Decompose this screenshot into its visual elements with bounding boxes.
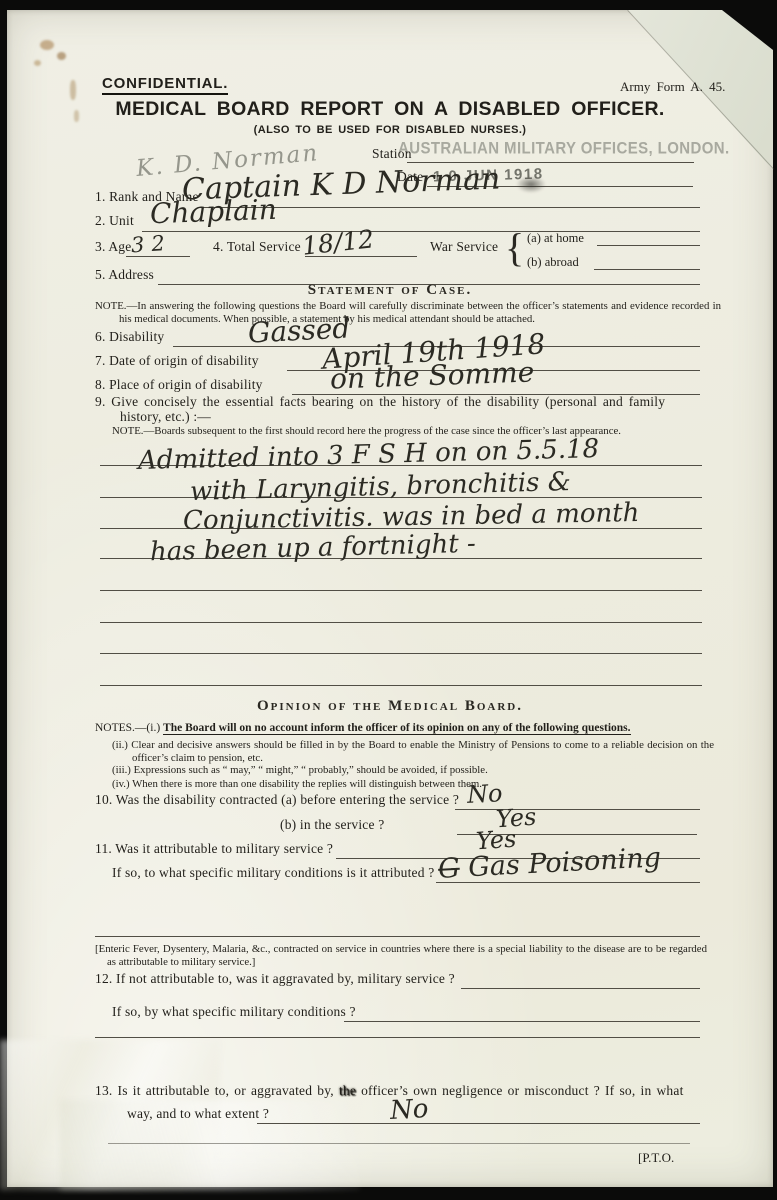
q13-smudged-word: the [339, 1083, 356, 1098]
address-label: 5. Address [95, 267, 154, 283]
age-value: 32 [130, 233, 172, 257]
war-abroad-label: (b) abroad [527, 255, 579, 270]
q10a-answer: No [466, 781, 503, 807]
q13-label-line2: way, and to what extent ? [127, 1106, 269, 1122]
age-label: 3. Age [95, 239, 131, 255]
stamp-smudge [516, 176, 546, 193]
history-entry-line3: Conjunctivitis. was in bed a month [183, 500, 640, 534]
unit-label: 2. Unit [95, 213, 134, 229]
stain-spot [57, 52, 66, 60]
history-question-line1: 9. Give concisely the essential facts be… [95, 394, 665, 410]
pto-marking: [P.T.O. [638, 1150, 674, 1166]
confidential-marking: CONFIDENTIAL. [102, 75, 228, 95]
q11-label: 11. Was it attributable to military serv… [95, 841, 333, 857]
stain-spot [34, 60, 41, 66]
q12-label: 12. If not attributable to, was it aggra… [95, 971, 455, 987]
war-at-home-fill-line [597, 245, 700, 246]
stain-spot [74, 110, 79, 122]
q12b-label: If so, by what specific military conditi… [112, 1004, 356, 1020]
place-of-origin-value: on the Somme [330, 358, 535, 393]
q12-fill-line [461, 988, 700, 989]
q13-fill-line [257, 1123, 700, 1124]
blank-rule-line [95, 1037, 700, 1038]
q10-fill-line [455, 809, 700, 810]
q10b-label: (b) in the service ? [280, 817, 384, 833]
q13-answer: No [389, 1096, 429, 1124]
q13-prefix: 13. Is it attributable to, or aggravated… [95, 1083, 339, 1098]
board-notes-iii: (iii.) Expressions such as “ may,” “ mig… [112, 764, 488, 776]
board-notes-ii: (ii.) Clear and decisive answers should … [112, 739, 714, 764]
q11b-label: If so, to what specific military conditi… [112, 865, 434, 881]
unit-value: Chaplain [150, 196, 278, 228]
opinion-heading: Opinion of the Medical Board. [90, 698, 690, 715]
board-notes-prefix: NOTES.—(i.) [95, 722, 163, 734]
faint-bottom-rule-line [108, 1143, 690, 1144]
history-question-line2: history, etc.) :— [120, 409, 211, 425]
form-subtitle: (ALSO TO BE USED FOR DISABLED NURSES.) [90, 124, 690, 136]
war-at-home-label: (a) at home [527, 231, 584, 246]
enteric-note: [Enteric Fever, Dysentery, Malaria, &c.,… [95, 943, 707, 968]
station-label: Station [372, 146, 412, 162]
date-of-origin-label: 7. Date of origin of disability [95, 353, 259, 369]
form-title: MEDICAL BOARD REPORT ON A DISABLED OFFIC… [90, 98, 690, 121]
war-service-brace: { [505, 226, 524, 270]
war-service-label: War Service [430, 239, 498, 255]
office-stamp: AUSTRALIAN MILITARY OFFICES, LONDON. [398, 139, 730, 157]
total-service-value: 18/12 [301, 226, 375, 258]
statement-note: NOTE.—In answering the following questio… [95, 300, 721, 325]
statement-of-case-heading: Statement of Case. [90, 282, 690, 299]
unit-fill-line [142, 231, 700, 232]
blank-rule-line [100, 685, 702, 686]
stain-spot [40, 40, 54, 50]
q11b-struck-letter: G [437, 853, 460, 885]
q10-label: 10. Was the disability contracted (a) be… [95, 792, 459, 808]
total-service-label: 4. Total Service [213, 239, 301, 255]
form-number: Army Form A. 45. [620, 79, 725, 95]
place-of-origin-label: 8. Place of origin of disability [95, 377, 263, 393]
q12b-fill-line [344, 1021, 700, 1022]
blank-rule-line [100, 590, 702, 591]
scanned-document-page: { "palette":{ "background":"#0b0b0a","pa… [0, 0, 777, 1200]
war-abroad-fill-line [594, 269, 700, 270]
blank-rule-line [100, 653, 702, 654]
board-notes-iv: (iv.) When there is more than one disabi… [112, 778, 482, 790]
board-notes-i: NOTES.—(i.) The Board will on no account… [95, 722, 631, 734]
stain-spot [70, 80, 76, 100]
separator-rule-line [95, 936, 700, 937]
board-notes-i-text: The Board will on no account inform the … [163, 722, 631, 735]
blank-rule-line [100, 622, 702, 623]
disability-label: 6. Disability [95, 329, 164, 345]
